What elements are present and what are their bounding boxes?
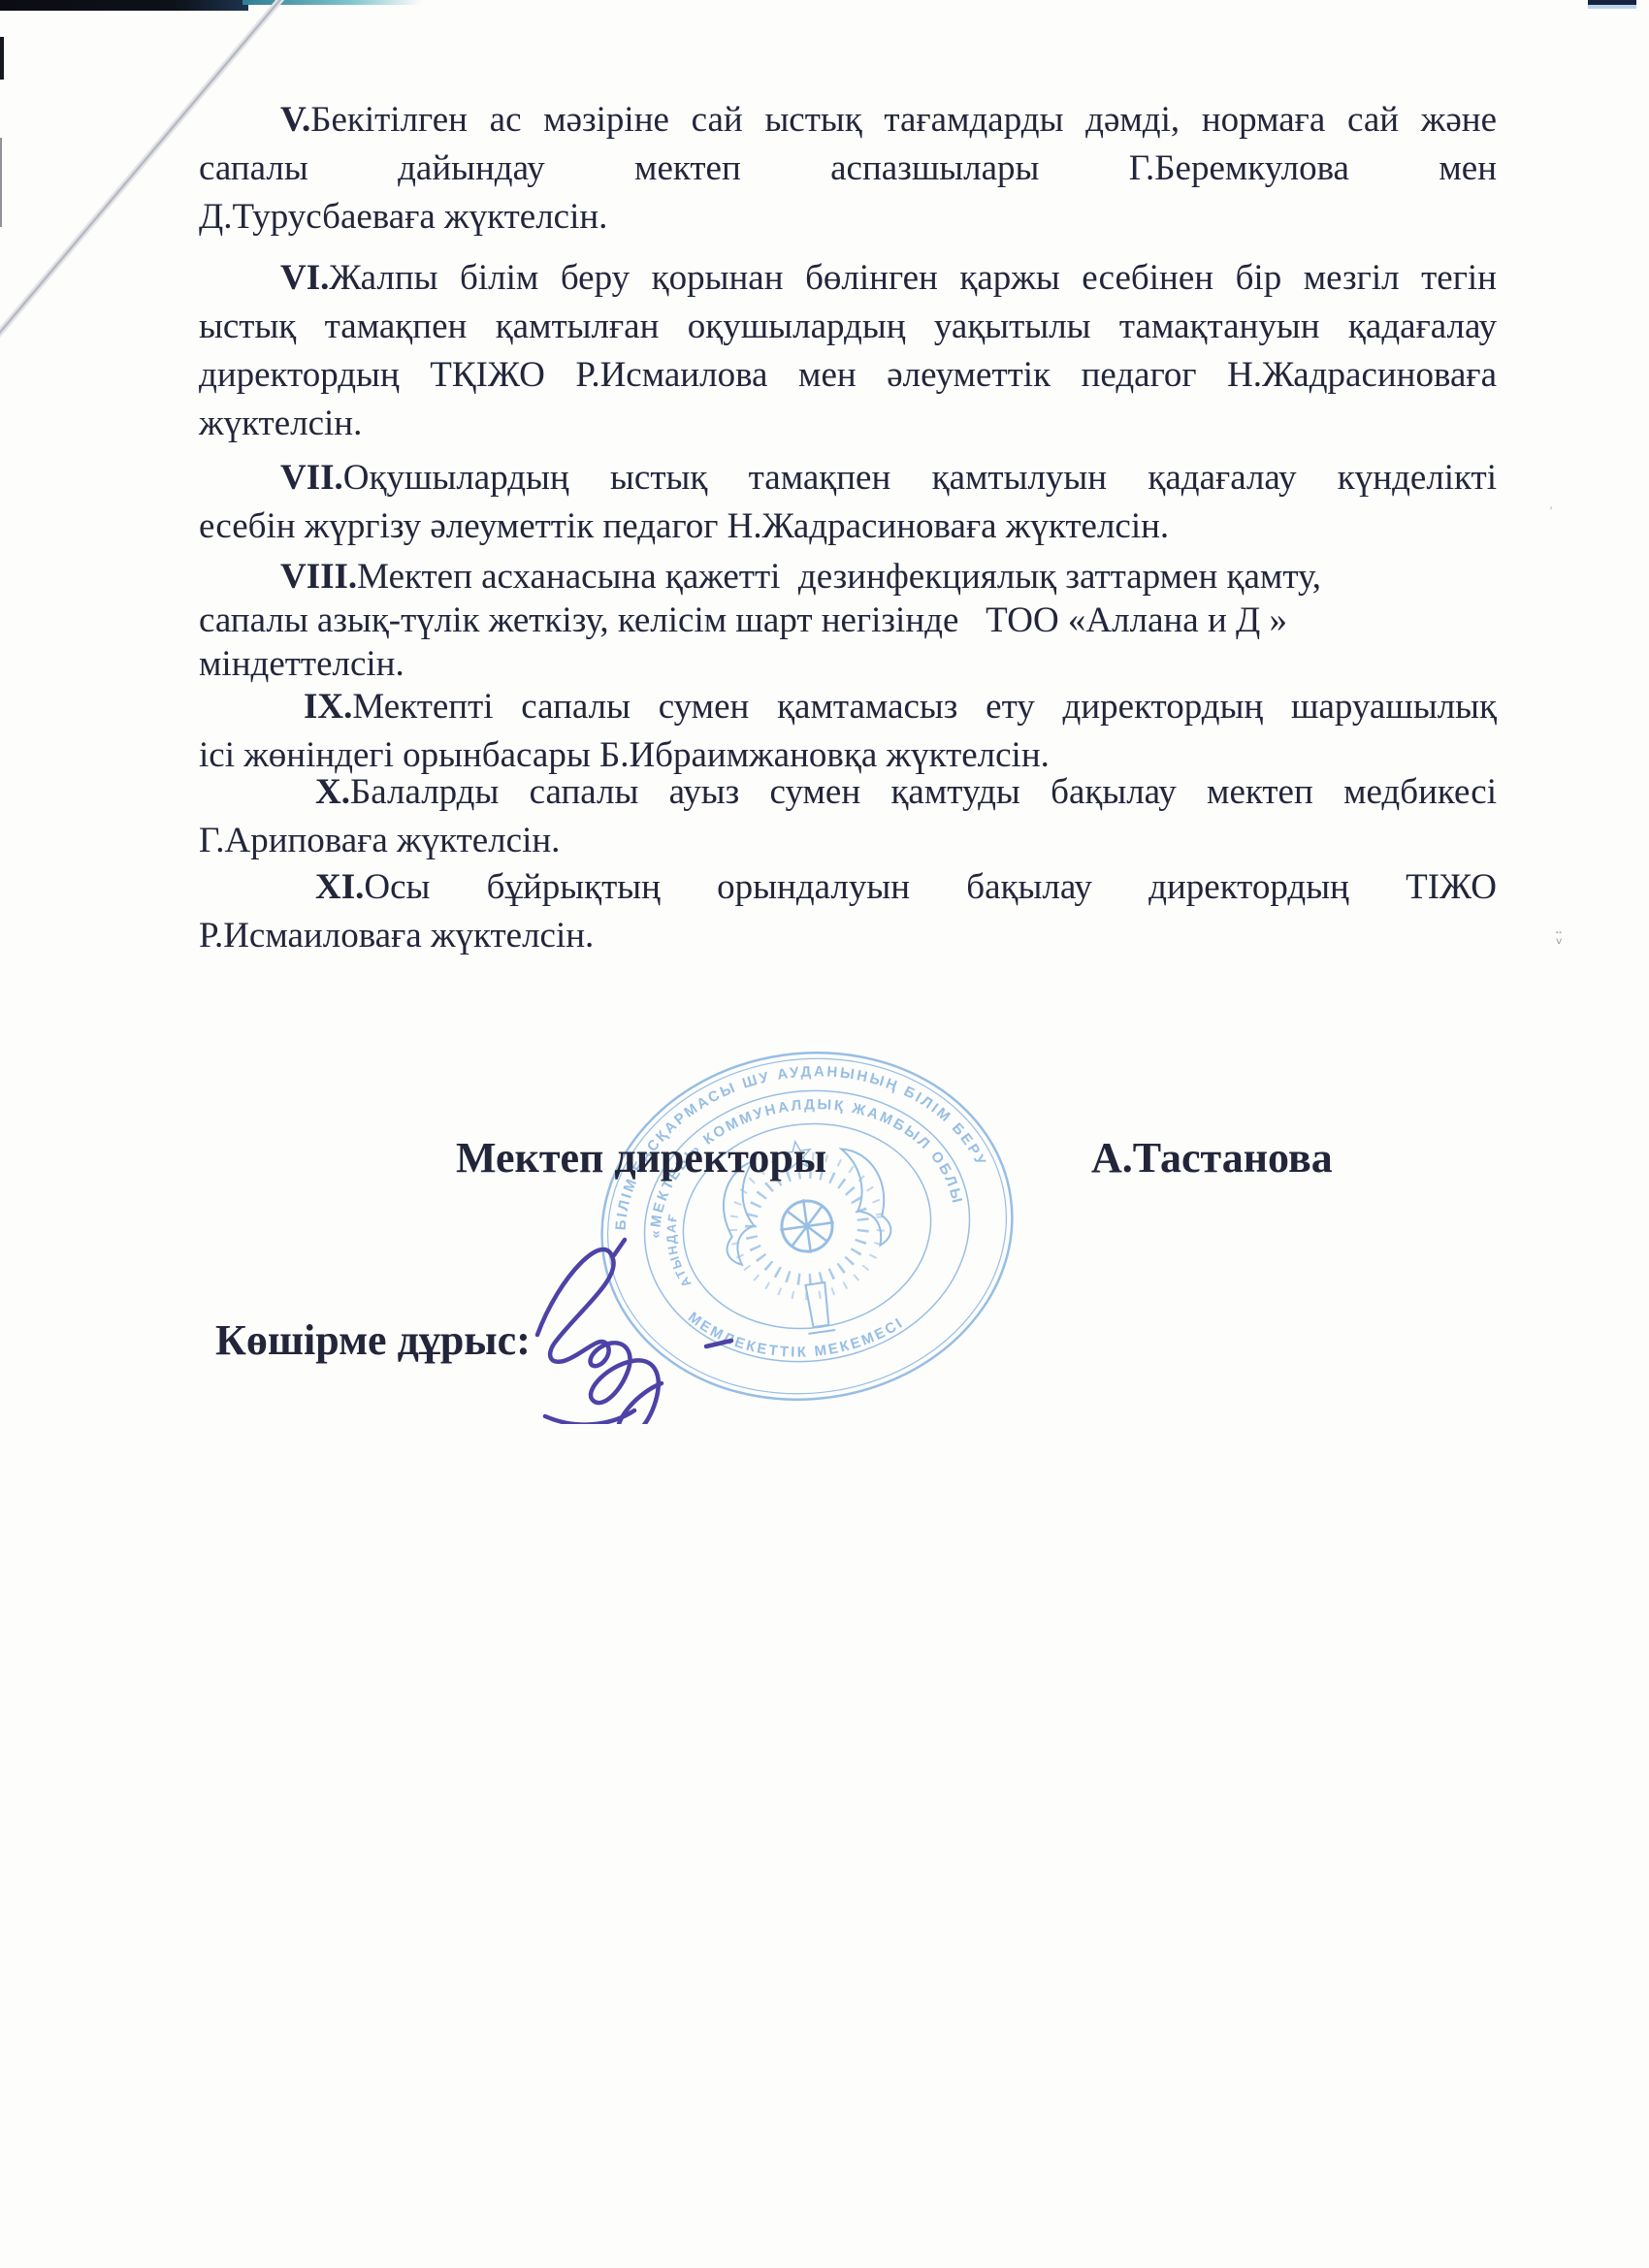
document-line: директордың ТҚІЖО Р.Исмаилова мен әлеуме… [199,351,1497,400]
item-number: VIII. [280,557,357,597]
document-line: Бекітілген ас мәзіріне сай ыстық тағамда… [310,100,1497,140]
document-line: Р.Исмаиловаға жүктелсін. [199,912,1497,960]
document-line: ыстық тамақпен қамтылған оқушылардың уақ… [199,303,1497,351]
signature-name: А.Тастанова [1091,1133,1333,1183]
signature-role-label: Мектеп директоры [456,1133,826,1183]
item-number: IX. [304,687,352,727]
item-number: VII. [280,458,343,498]
document-line: Балалрды сапалы ауыз сумен қамтуды бақыл… [350,772,1497,812]
document-line: Д.Турусбаеваға жүктелсін. [199,193,1497,242]
item-number: XI. [315,867,364,907]
document-line: Жалпы білім беру қорынан бөлінген қаржы … [329,258,1497,298]
order-item-x: X.Балалрды сапалы ауыз сумен қамтуды бақ… [199,768,1497,865]
item-number: V. [280,100,310,140]
document-line: есебін жүргізу әлеуметтік педагог Н.Жадр… [199,502,1497,551]
item-number: X. [315,772,350,812]
handwritten-signature [516,1220,807,1424]
document-line: Мектепті сапалы сумен қамтамасыз ету дир… [352,687,1497,727]
document-line: Мектеп асханасына қажетті дезинфекциялық… [357,557,1321,597]
document-line: міндеттелсін. [199,642,1497,686]
document-line: сапалы азық-түлік жеткізу, келісім шарт … [199,599,1497,642]
order-item-xi: XI.Осы бұйрықтың орындалуын бақылау дире… [199,863,1497,960]
item-number: VI. [280,258,329,298]
order-item-v: V.Бекітілген ас мәзіріне сай ыстық тағам… [199,96,1497,242]
scan-edge-strip-lightblue [1588,5,1636,9]
document-line: Осы бұйрықтың орындалуын бақылау директо… [364,867,1497,907]
document-line: Г.Ариповаға жүктелсін. [199,817,1497,865]
document-line: сапалы дайындау мектеп аспазшылары Г.Бер… [199,145,1497,193]
order-item-vii: VII.Оқушылардың ыстық тамақпен қамтылуын… [199,454,1497,551]
scanned-document-page: ᵥ̈ , V.Бекітілген ас мәзіріне сай ыстық … [0,0,1649,2268]
order-item-vi: VI.Жалпы білім беру қорынан бөлінген қар… [199,254,1497,448]
scan-speck: ᵥ̈ [1556,929,1563,949]
copy-correct-label: Көшірме дұрыс: [215,1315,531,1365]
order-item-ix: IX.Мектепті сапалы сумен қамтамасыз ету … [199,683,1497,780]
scan-speck-faint: , [1549,497,1553,512]
document-line: Оқушылардың ыстық тамақпен қамтылуын қад… [343,458,1497,498]
order-item-viii: VIII.Мектеп асханасына қажетті дезинфекц… [199,555,1497,686]
document-line: жүктелсін. [199,400,1497,448]
